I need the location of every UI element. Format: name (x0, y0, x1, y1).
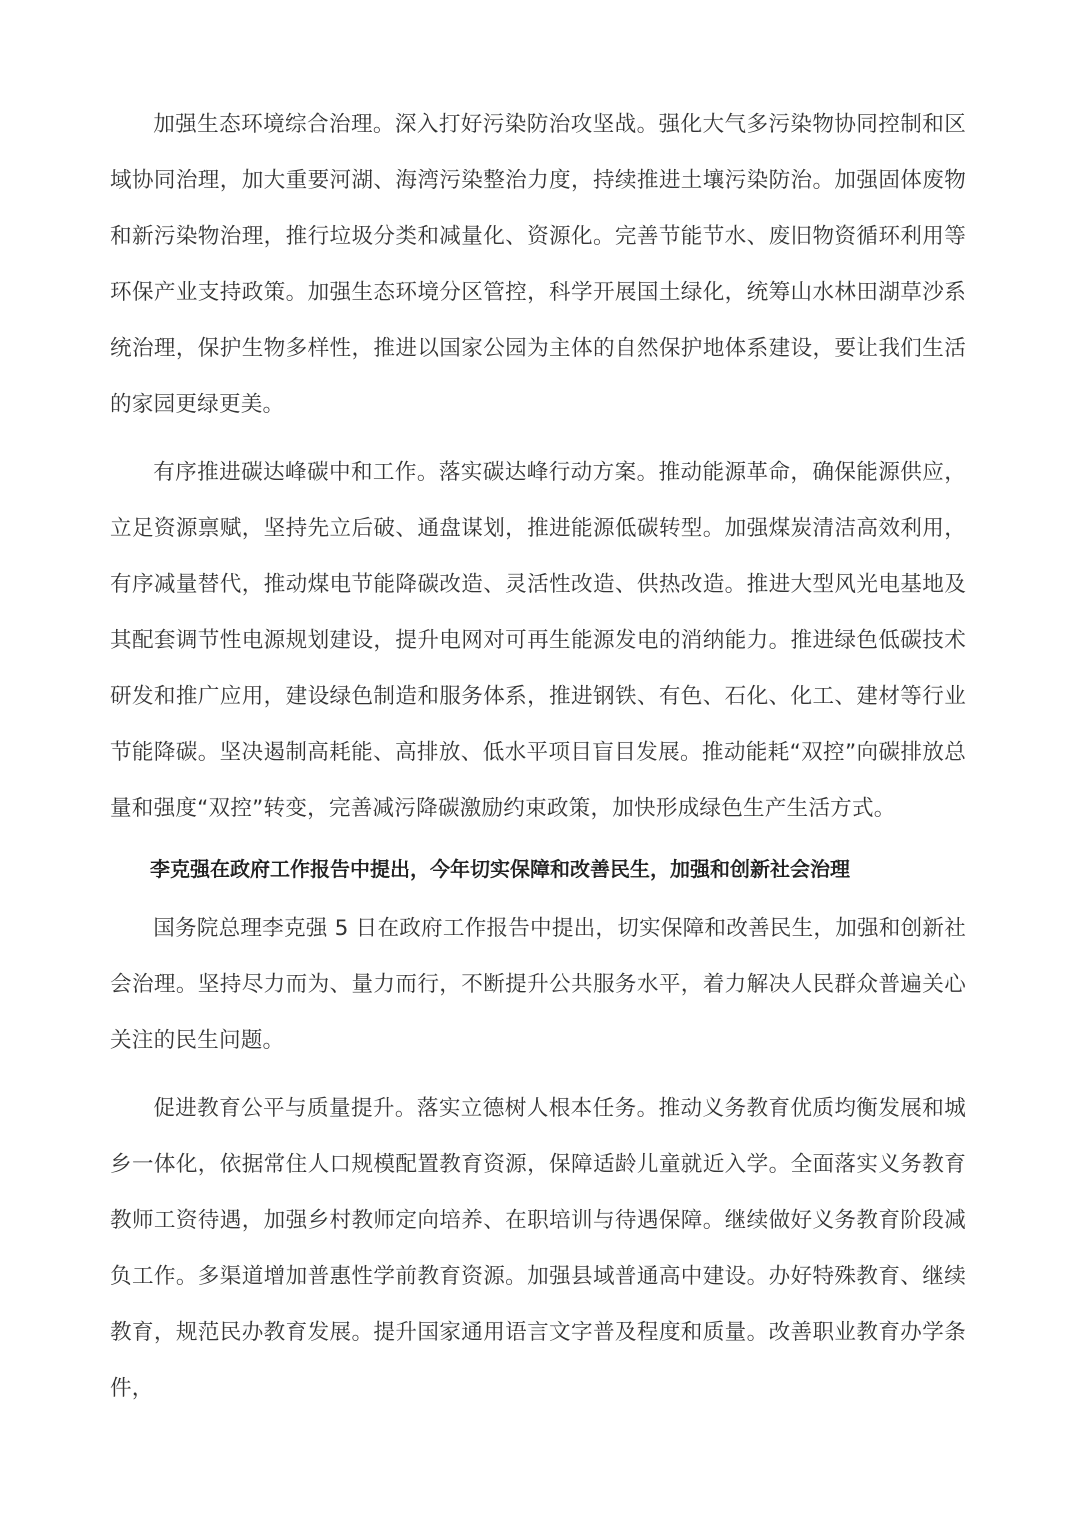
paragraph-livelihood: 国务院总理李克强 5 日在政府工作报告中提出，切实保障和改善民生，加强和创新社会… (110, 901, 966, 1069)
document-page: 加强生态环境综合治理。深入打好污染防治攻坚战。强化大气多污染物协同控制和区域协同… (110, 97, 966, 1417)
paragraph-education: 促进教育公平与质量提升。落实立德树人根本任务。推动义务教育优质均衡发展和城乡一体… (110, 1081, 966, 1417)
paragraph-ecology: 加强生态环境综合治理。深入打好污染防治攻坚战。强化大气多污染物协同控制和区域协同… (110, 97, 966, 433)
section-heading: 李克强在政府工作报告中提出，今年切实保障和改善民生，加强和创新社会治理 (110, 841, 966, 897)
paragraph-carbon: 有序推进碳达峰碳中和工作。落实碳达峰行动方案。推动能源革命，确保能源供应，立足资… (110, 445, 966, 837)
